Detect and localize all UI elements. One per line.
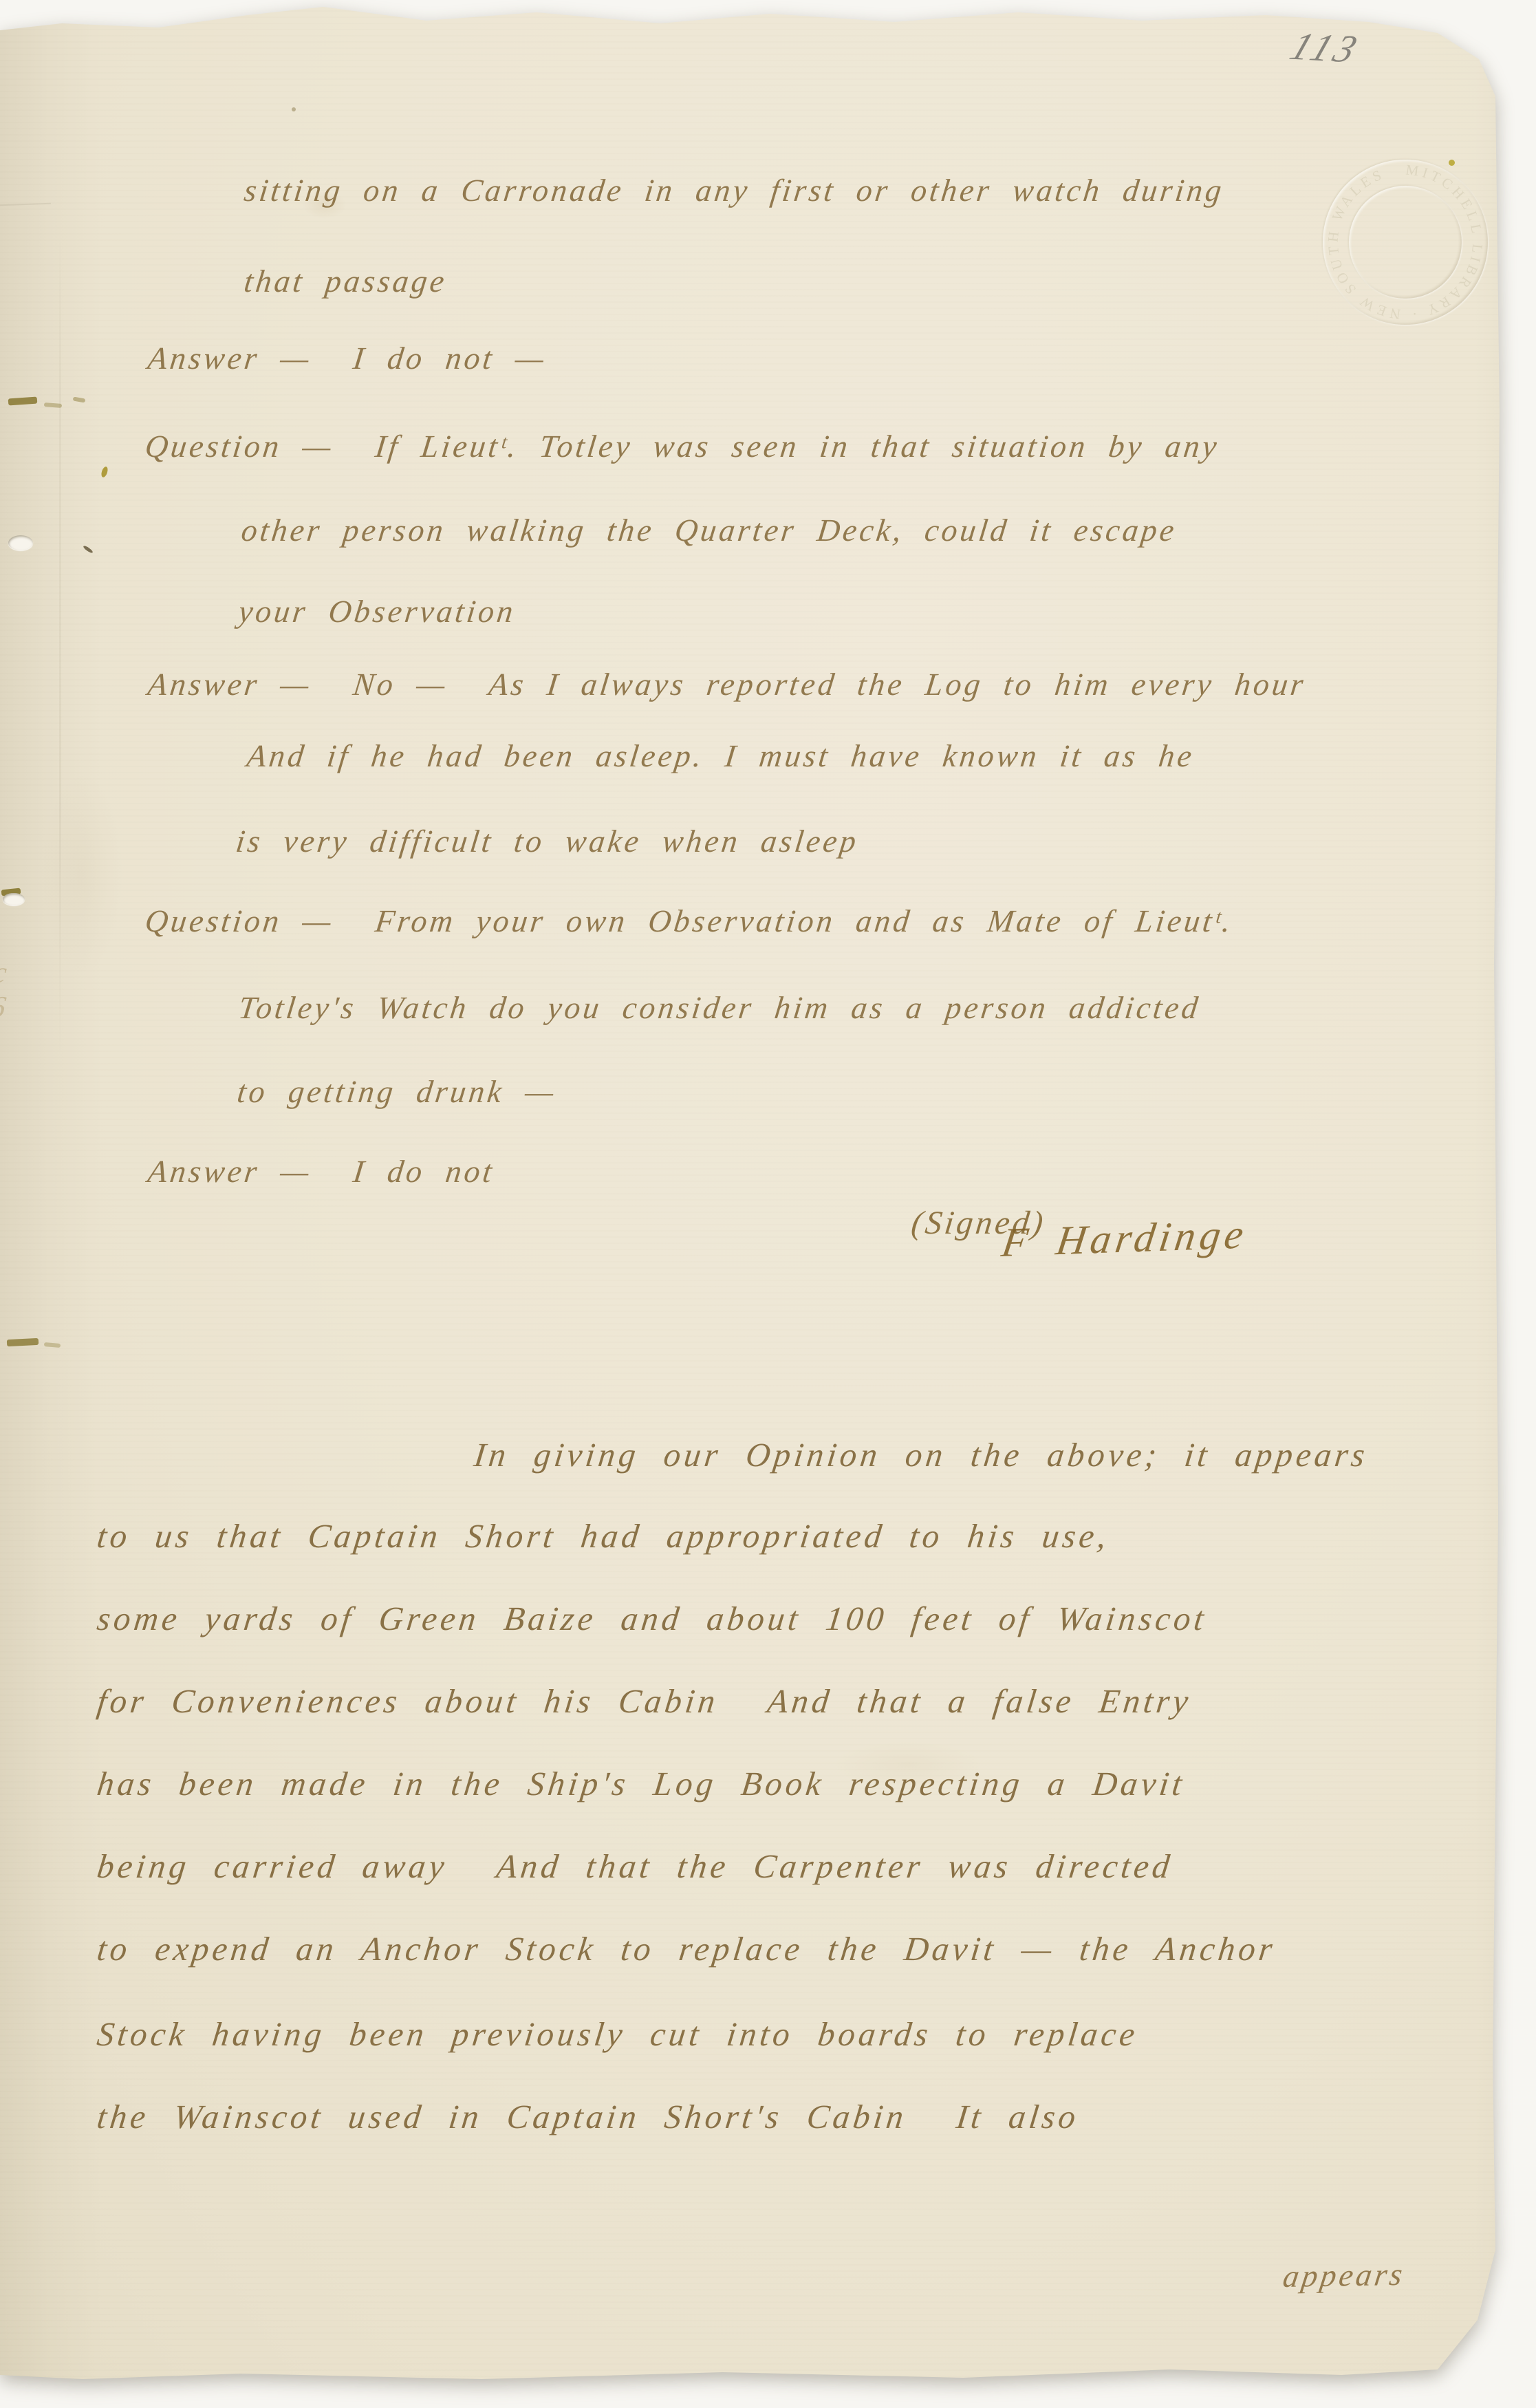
binding-stitch [73,396,86,402]
binding-hole [8,535,33,550]
paper-crease [0,203,51,206]
manuscript-line-question: Question — If Lieutᵗ. Totley was seen in… [143,428,1222,464]
manuscript-line: to getting drunk — [235,1073,559,1110]
manuscript-line: And if he had been asleep. I must have k… [245,738,1196,774]
manuscript-line-answer: Answer — No — As I always reported the L… [146,666,1308,702]
paper-stain [41,771,124,977]
manuscript-line: has been made in the Ship's Log Book res… [95,1764,1187,1803]
manuscript-line: that passage [242,263,449,299]
ink-speck [292,107,296,111]
binding-stitch [7,1338,39,1346]
svg-text:MITCHELL LIBRARY · NEW SOUTH W: MITCHELL LIBRARY · NEW SOUTH WALES [1325,161,1486,323]
manuscript-line: the Wainscot used in Captain Short's Cab… [95,2097,1081,2136]
manuscript-line: In giving our Opinion on the above; it a… [472,1435,1370,1474]
manuscript-line: some yards of Green Baize and about 100 … [95,1599,1209,1638]
page-number: 113 [1284,24,1367,72]
stamp-ring-text: MITCHELL LIBRARY · NEW SOUTH WALES [1316,153,1495,332]
manuscript-line-answer: Answer — I do not [146,1153,497,1190]
catchword: appears [1281,2256,1407,2294]
manuscript-line: Stock having been previously cut into bo… [95,2014,1140,2054]
binding-hole [3,893,25,905]
bleed-through-mark: c [0,955,9,990]
ink-speck [1449,160,1455,166]
binding-stitch [44,1342,61,1348]
manuscript-line-answer: Answer — I do not — [146,340,548,376]
bleed-through-mark: 6 [0,989,8,1024]
manuscript-line: being carried away And that the Carpente… [95,1847,1175,1886]
manuscript-line: for Conveniences about his Cabin And tha… [95,1681,1194,1721]
manuscript-line: to expend an Anchor Stock to replace the… [95,1929,1278,1968]
binding-stitch [8,397,38,406]
ink-speck [100,466,109,478]
binding-stitch [44,402,62,408]
ink-speck [83,545,94,554]
paper: 113 MITCHELL LIBRARY · NEW SOUTH WALES s… [0,0,1536,2408]
manuscript-page: 113 MITCHELL LIBRARY · NEW SOUTH WALES s… [0,0,1536,2408]
embossed-library-stamp: MITCHELL LIBRARY · NEW SOUTH WALES [1316,153,1495,332]
manuscript-line-question: Question — From your own Observation and… [143,903,1235,939]
manuscript-line: your Observation [237,593,518,630]
manuscript-line: Totley's Watch do you consider him as a … [237,989,1202,1026]
manuscript-line: to us that Captain Short had appropriate… [95,1516,1112,1556]
signature-name: F Hardinge [999,1211,1251,1267]
paper-fold-crease [59,234,61,1060]
manuscript-line: other person walking the Quarter Deck, c… [239,512,1179,548]
manuscript-line: sitting on a Carronade in any first or o… [242,172,1226,208]
manuscript-line: is very difficult to wake when asleep [234,823,861,859]
